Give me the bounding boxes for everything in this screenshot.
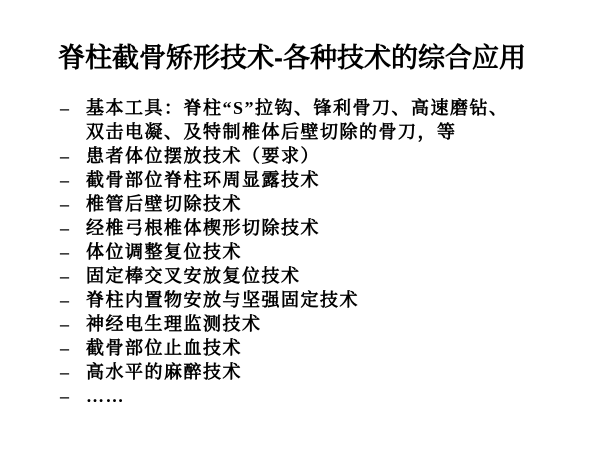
bullet-dash: – [60, 384, 86, 408]
bullet-text: 脊柱内置物安放与坚强固定技术 [86, 288, 588, 312]
bullet-item: – 椎管后壁切除技术 [60, 192, 588, 216]
bullet-dash: – [60, 360, 86, 384]
bullet-dash: – [60, 168, 86, 192]
bullet-text: 高水平的麻醉技术 [86, 360, 588, 384]
bullet-item: – 体位调整复位技术 [60, 240, 588, 264]
bullet-text: 患者体位摆放技术（要求） [86, 144, 588, 168]
bullet-text: 神经电生理监测技术 [86, 312, 588, 336]
bullet-item: – 脊柱内置物安放与坚强固定技术 [60, 288, 588, 312]
bullet-list: – 基本工具：脊柱“S”拉钩、锋利骨刀、高速磨钻、 双击电凝、及特制椎体后壁切除… [60, 96, 588, 408]
bullet-text: 基本工具：脊柱“S”拉钩、锋利骨刀、高速磨钻、 双击电凝、及特制椎体后壁切除的骨… [86, 96, 588, 144]
bullet-dash: – [60, 192, 86, 216]
bullet-item: – 截骨部位脊柱环周显露技术 [60, 168, 588, 192]
bullet-text: …… [86, 384, 588, 408]
bullet-text: 截骨部位止血技术 [86, 336, 588, 360]
bullet-dash: – [60, 240, 86, 264]
slide-title: 脊柱截骨矫形技术-各种技术的综合应用 [58, 42, 568, 74]
bullet-dash: – [60, 216, 86, 240]
bullet-dash: – [60, 288, 86, 312]
bullet-item: – …… [60, 384, 588, 408]
bullet-item: – 经椎弓根椎体楔形切除技术 [60, 216, 588, 240]
bullet-item: – 固定棒交叉安放复位技术 [60, 264, 588, 288]
bullet-text: 体位调整复位技术 [86, 240, 588, 264]
bullet-text: 经椎弓根椎体楔形切除技术 [86, 216, 588, 240]
bullet-item: – 基本工具：脊柱“S”拉钩、锋利骨刀、高速磨钻、 双击电凝、及特制椎体后壁切除… [60, 96, 588, 144]
bullet-dash: – [60, 96, 86, 120]
bullet-text: 椎管后壁切除技术 [86, 192, 588, 216]
bullet-text: 固定棒交叉安放复位技术 [86, 264, 588, 288]
bullet-text: 截骨部位脊柱环周显露技术 [86, 168, 588, 192]
bullet-dash: – [60, 336, 86, 360]
bullet-dash: – [60, 312, 86, 336]
bullet-item: – 高水平的麻醉技术 [60, 360, 588, 384]
slide: 脊柱截骨矫形技术-各种技术的综合应用 – 基本工具：脊柱“S”拉钩、锋利骨刀、高… [0, 0, 600, 450]
bullet-item: – 神经电生理监测技术 [60, 312, 588, 336]
bullet-dash: – [60, 144, 86, 168]
bullet-dash: – [60, 264, 86, 288]
bullet-item: – 患者体位摆放技术（要求） [60, 144, 588, 168]
bullet-item: – 截骨部位止血技术 [60, 336, 588, 360]
